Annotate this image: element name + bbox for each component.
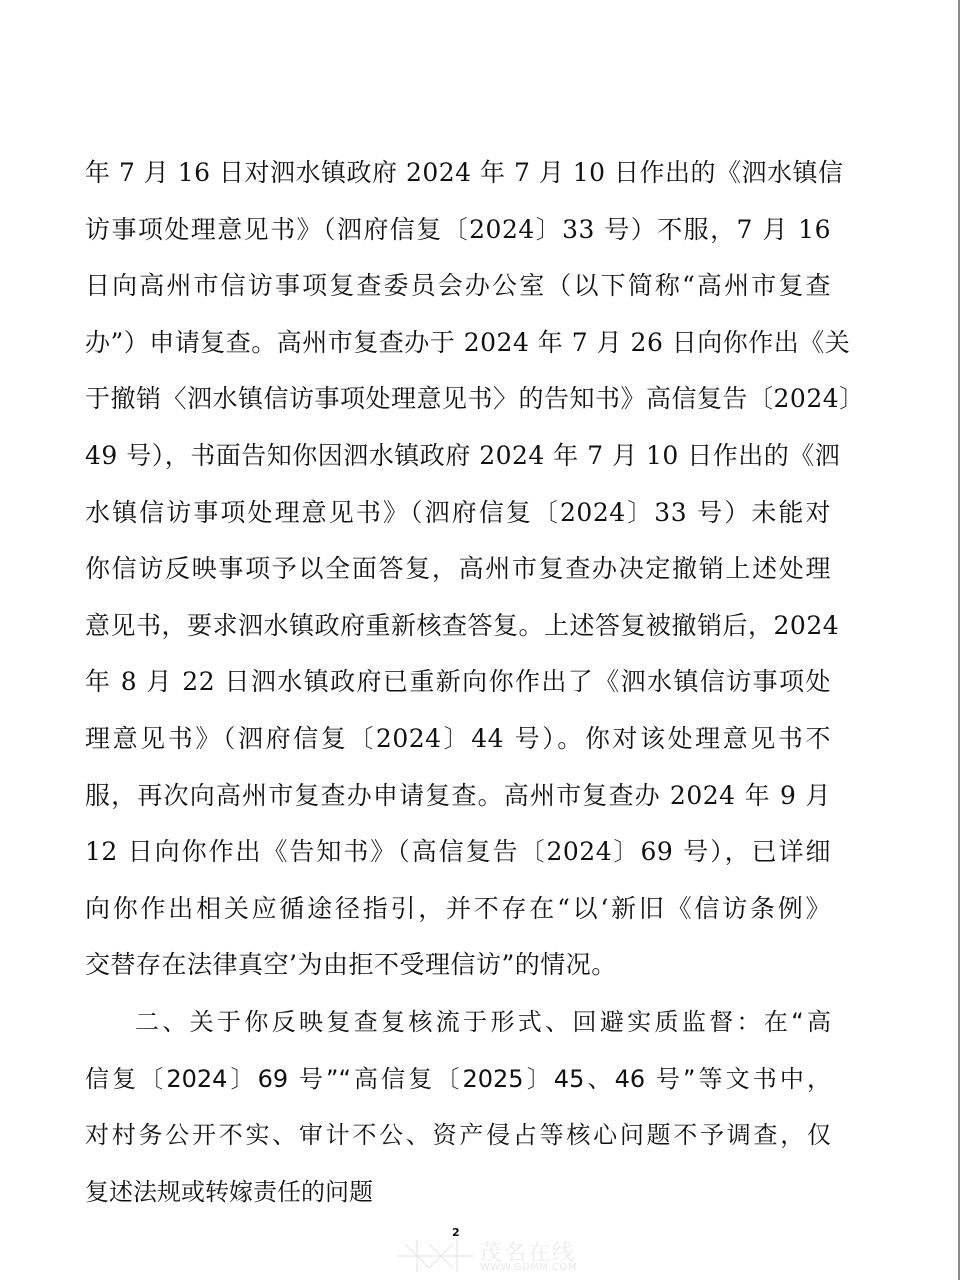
logo-icon — [395, 1238, 475, 1274]
document-page: 年 7 月 16 日对泗水镇政府 2024 年 7 月 10 日作出的《泗水镇信… — [85, 145, 831, 1220]
text-line: 交替存在法律真空’为由拒不受理信访”的情况。 — [85, 937, 831, 994]
text-line: 对村务公开不实、审计不公、资产侵占等核心问题不予调查，仅 — [85, 1107, 831, 1164]
text-line: 理意见书》（泗府信复〔2024〕44 号）。你对该处理意见书不 — [85, 711, 831, 768]
paragraph-1: 年 7 月 16 日对泗水镇政府 2024 年 7 月 10 日作出的《泗水镇信… — [85, 145, 831, 994]
watermark-url: WWW.GDMM.COM — [480, 1262, 577, 1273]
text-line: 信复〔2024〕69 号”“高信复〔2025〕45、46 号”等文书中， — [85, 1051, 831, 1108]
text-line: 水镇信访事项处理意见书》（泗府信复〔2024〕33 号）未能对 — [85, 485, 831, 542]
watermark: 茂名在线 WWW.GDMM.COM — [395, 1236, 595, 1276]
paragraph-2: 二、关于你反映复查复核流于形式、回避实质监督：在“高 信复〔2024〕69 号”… — [85, 994, 831, 1220]
text-line: 服，再次向高州市复查办申请复查。高州市复查办 2024 年 9 月 — [85, 768, 831, 825]
text-line: 意见书，要求泗水镇政府重新核查答复。上述答复被撤销后，2024 — [85, 598, 831, 655]
text-line: 年 7 月 16 日对泗水镇政府 2024 年 7 月 10 日作出的《泗水镇信 — [85, 145, 831, 202]
text-line: 向你作出相关应循途径指引，并不存在“以‘新旧《信访条例》 — [85, 881, 831, 938]
text-line: 年 8 月 22 日泗水镇政府已重新向你作出了《泗水镇信访事项处 — [85, 654, 831, 711]
text-line: 49 号），书面告知你因泗水镇政府 2024 年 7 月 10 日作出的《泗 — [85, 428, 831, 485]
text-line: 日向高州市信访事项复查委员会办公室（以下简称“高州市复查 — [85, 258, 831, 315]
text-line: 12 日向你作出《告知书》（高信复告〔2024〕69 号），已详细 — [85, 824, 831, 881]
text-line: 二、关于你反映复查复核流于形式、回避实质监督：在“高 — [85, 994, 831, 1051]
text-line: 于撤销〈泗水镇信访事项处理意见书〉的告知书》高信复告〔2024〕 — [85, 371, 831, 428]
text-line: 办”）申请复查。高州市复查办于 2024 年 7 月 26 日向你作出《关 — [85, 315, 831, 372]
text-line: 复述法规或转嫁责任的问题 — [85, 1164, 831, 1221]
text-line: 你信访反映事项予以全面答复，高州市复查办决定撤销上述处理 — [85, 541, 831, 598]
text-line: 访事项处理意见书》（泗府信复〔2024〕33 号）不服，7 月 16 — [85, 202, 831, 259]
